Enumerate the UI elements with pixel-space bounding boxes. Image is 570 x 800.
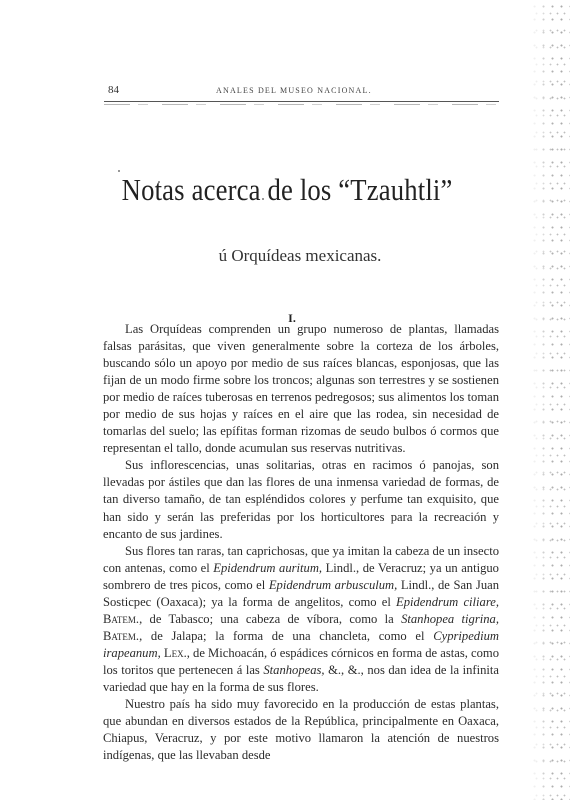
article-body: Las Orquídeas comprenden un grupo numero… — [103, 321, 499, 764]
binding-edge-speckle — [530, 0, 570, 800]
page-number: 84 — [108, 84, 119, 96]
header-rule — [104, 101, 499, 102]
paragraph: Nuestro país ha sido muy favorecido en l… — [103, 696, 499, 764]
species-name: Epidendrum arbusculum, — [269, 578, 397, 592]
species-name: Epidendrum ciliare, — [396, 595, 499, 609]
paragraph: Sus inflorescencias, unas solitarias, ot… — [103, 457, 499, 542]
species-name: Stanhopea tigrina, — [401, 612, 499, 626]
paragraph: Sus flores tan raras, tan caprichosas, q… — [103, 543, 499, 696]
species-name: Epidendrum auritum, — [213, 561, 322, 575]
paragraph: Las Orquídeas comprenden un grupo numero… — [103, 321, 499, 457]
header-rule-secondary — [104, 104, 499, 105]
article-subtitle: ú Orquídeas mexicanas. — [0, 246, 570, 266]
author-abbrev: Batem. — [103, 612, 139, 626]
author-abbrev: Lex. — [164, 646, 187, 660]
running-title: ANALES DEL MUSEO NACIONAL. — [216, 86, 372, 95]
author-abbrev: Batem. — [103, 629, 139, 643]
text-run: , de Tabasco; una cabeza de víbora, como… — [139, 612, 401, 626]
species-name: Stanhopeas, — [263, 663, 324, 677]
scanned-page: 84 ANALES DEL MUSEO NACIONAL. Notas acer… — [0, 0, 570, 800]
article-title: Notas acerca de los “Tzauhtli” — [42, 172, 532, 208]
running-header: 84 ANALES DEL MUSEO NACIONAL. — [104, 84, 499, 98]
text-run: , de Jalapa; la forma de una chancleta, … — [139, 629, 433, 643]
